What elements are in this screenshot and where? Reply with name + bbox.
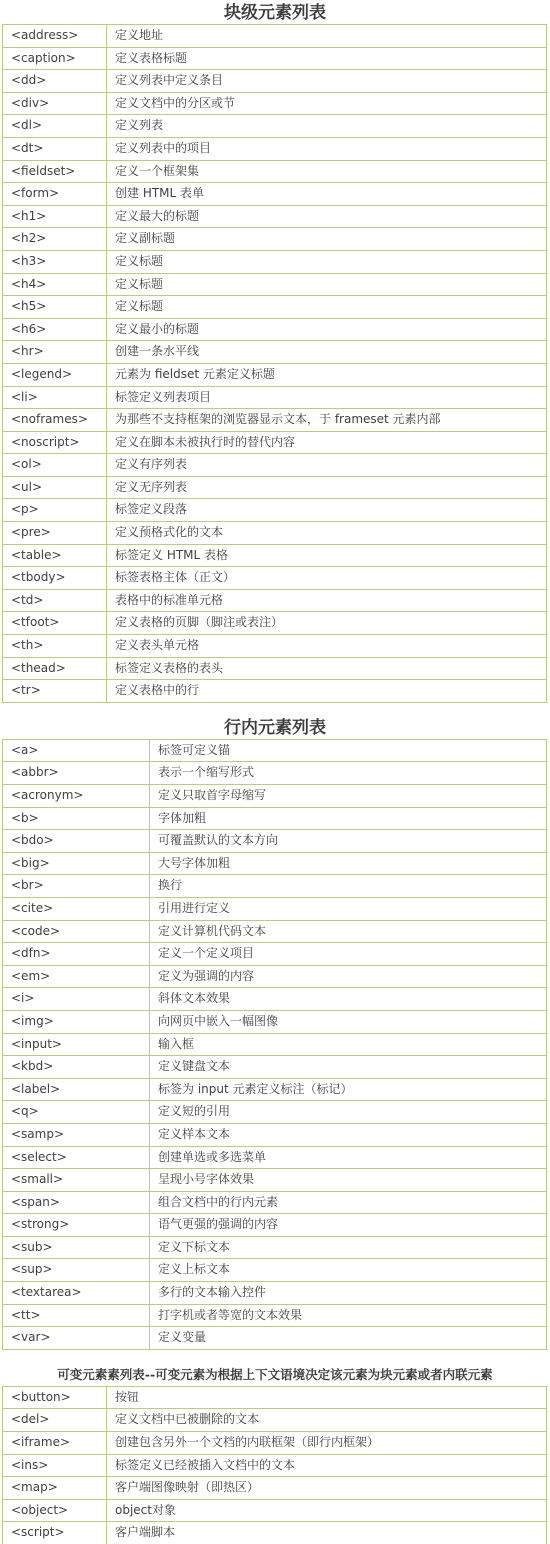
tag-description-cell: 定义文档中已被删除的文本: [107, 1409, 547, 1432]
table-row: <legend>元素为 fieldset 元素定义标题: [3, 363, 547, 386]
tag-description-cell: 客户端脚本: [107, 1522, 547, 1544]
tag-description-cell: 定义最大的标题: [107, 205, 547, 228]
table-row: <ins>标签定义已经被插入文档中的文本: [3, 1454, 547, 1477]
tag-name-cell: <small>: [3, 1169, 150, 1192]
tag-name-cell: <table>: [3, 544, 107, 567]
element-table: <a>标签可定义锚<abbr>表示一个缩写形式<acronym>定义只取首字母缩…: [2, 739, 547, 1350]
table-row: <th>定义表头单元格: [3, 635, 547, 658]
tag-name-cell: <tr>: [3, 680, 107, 703]
tag-name-cell: <tfoot>: [3, 612, 107, 635]
tag-name-cell: <pre>: [3, 522, 107, 545]
tag-name-cell: <var>: [3, 1327, 150, 1350]
element-table: <address>定义地址<caption>定义表格标题<dd>定义列表中定义条…: [2, 24, 547, 703]
table-row: <td>表格中的标准单元格: [3, 589, 547, 612]
tag-description-cell: 标签表格主体（正文）: [107, 567, 547, 590]
tag-description-cell: 标签为 input 元素定义标注（标记）: [150, 1078, 547, 1101]
table-row: <pre>定义预格式化的文本: [3, 522, 547, 545]
table-row: <label>标签为 input 元素定义标注（标记）: [3, 1078, 547, 1101]
table-row: <bdo>可覆盖默认的文本方向: [3, 830, 547, 853]
table-row: <b>字体加粗: [3, 807, 547, 830]
tag-name-cell: <legend>: [3, 363, 107, 386]
tag-name-cell: <h4>: [3, 273, 107, 296]
table-row: <noframes>为那些不支持框架的浏览器显示文本，于 frameset 元素…: [3, 409, 547, 432]
tag-name-cell: <kbd>: [3, 1056, 150, 1079]
tag-description-cell: 定义键盘文本: [150, 1056, 547, 1079]
tag-name-cell: <tt>: [3, 1304, 150, 1327]
table-row: <ol>定义有序列表: [3, 454, 547, 477]
tag-name-cell: <div>: [3, 92, 107, 115]
table-row: <span>组合文档中的行内元素: [3, 1191, 547, 1214]
tag-description-cell: 创建一条水平线: [107, 341, 547, 364]
tag-name-cell: <cite>: [3, 897, 150, 920]
table-row: <table>标签定义 HTML 表格: [3, 544, 547, 567]
tag-description-cell: 表格中的标准单元格: [107, 589, 547, 612]
table-row: <select>创建单选或多选菜单: [3, 1146, 547, 1169]
tag-description-cell: 创建 HTML 表单: [107, 183, 547, 206]
table-row: <object>object对象: [3, 1499, 547, 1522]
tag-description-cell: 定义表头单元格: [107, 635, 547, 658]
tag-description-cell: 打字机或者等宽的文本效果: [150, 1304, 547, 1327]
table-row: <li>标签定义列表项目: [3, 386, 547, 409]
tag-description-cell: 定义在脚本未被执行时的替代内容: [107, 431, 547, 454]
table-row: <tt>打字机或者等宽的文本效果: [3, 1304, 547, 1327]
tag-name-cell: <b>: [3, 807, 150, 830]
tag-description-cell: 换行: [150, 875, 547, 898]
tag-description-cell: 定义只取首字母缩写: [150, 785, 547, 808]
tag-description-cell: 标签定义 HTML 表格: [107, 544, 547, 567]
tag-name-cell: <hr>: [3, 341, 107, 364]
table-row: <input>输入框: [3, 1033, 547, 1056]
tag-description-cell: 输入框: [150, 1033, 547, 1056]
tag-name-cell: <th>: [3, 635, 107, 658]
tag-description-cell: 定义最小的标题: [107, 318, 547, 341]
tag-name-cell: <sup>: [3, 1259, 150, 1282]
table-row: <q>定义短的引用: [3, 1101, 547, 1124]
element-reference-document: 块级元素列表<address>定义地址<caption>定义表格标题<dd>定义…: [0, 4, 550, 1544]
table-row: <tr>定义表格中的行: [3, 680, 547, 703]
table-row: <br>换行: [3, 875, 547, 898]
table-title: 块级元素列表: [0, 4, 550, 22]
table-row: <hr>创建一条水平线: [3, 341, 547, 364]
table-row: <h5>定义标题: [3, 296, 547, 319]
tag-description-cell: 定义地址: [107, 25, 547, 48]
tag-name-cell: <td>: [3, 589, 107, 612]
tag-name-cell: <p>: [3, 499, 107, 522]
tag-name-cell: <q>: [3, 1101, 150, 1124]
tag-name-cell: <h2>: [3, 228, 107, 251]
table-row: <dd>定义列表中定义条目: [3, 70, 547, 93]
tag-name-cell: <thead>: [3, 657, 107, 680]
table-row: <thead>标签定义表格的表头: [3, 657, 547, 680]
tag-description-cell: 创建包含另外一个文档的内联框架（即行内框架）: [107, 1432, 547, 1455]
table-row: <strong>语气更强的强调的内容: [3, 1214, 547, 1237]
tag-name-cell: <script>: [3, 1522, 107, 1544]
table-row: <tfoot>定义表格的页脚（脚注或表注）: [3, 612, 547, 635]
tag-description-cell: 标签可定义锚: [150, 739, 547, 762]
tag-description-cell: 定义标题: [107, 273, 547, 296]
tag-description-cell: 定义列表: [107, 115, 547, 138]
tag-name-cell: <h3>: [3, 250, 107, 273]
tag-name-cell: <bdo>: [3, 830, 150, 853]
table-row: <a>标签可定义锚: [3, 739, 547, 762]
table-row: <div>定义文档中的分区或节: [3, 92, 547, 115]
tag-name-cell: <em>: [3, 965, 150, 988]
tag-name-cell: <caption>: [3, 47, 107, 70]
table-row: <h4>定义标题: [3, 273, 547, 296]
tag-description-cell: 定义变量: [150, 1327, 547, 1350]
table-row: <em>定义为强调的内容: [3, 965, 547, 988]
tag-description-cell: 元素为 fieldset 元素定义标题: [107, 363, 547, 386]
tag-name-cell: <ul>: [3, 476, 107, 499]
tag-name-cell: <select>: [3, 1146, 150, 1169]
tag-name-cell: <big>: [3, 852, 150, 875]
table-row: <h6>定义最小的标题: [3, 318, 547, 341]
tag-name-cell: <dl>: [3, 115, 107, 138]
table-row: <map>客户端图像映射（即热区）: [3, 1477, 547, 1500]
table-row: <button>按钮: [3, 1386, 547, 1409]
tag-name-cell: <h1>: [3, 205, 107, 228]
tag-name-cell: <form>: [3, 183, 107, 206]
table-row: <del>定义文档中已被删除的文本: [3, 1409, 547, 1432]
tag-description-cell: 多行的文本输入控件: [150, 1282, 547, 1305]
table-row: <dl>定义列表: [3, 115, 547, 138]
tag-description-cell: 定义一个框架集: [107, 160, 547, 183]
tag-name-cell: <span>: [3, 1191, 150, 1214]
tag-description-cell: 按钮: [107, 1386, 547, 1409]
table-row: <i>斜体文本效果: [3, 988, 547, 1011]
tag-name-cell: <input>: [3, 1033, 150, 1056]
tag-name-cell: <noscript>: [3, 431, 107, 454]
table-row: <img>向网页中嵌入一幅图像: [3, 1010, 547, 1033]
tag-description-cell: 定义列表中的项目: [107, 137, 547, 160]
table-row: <abbr>表示一个缩写形式: [3, 762, 547, 785]
tag-description-cell: 定义表格标题: [107, 47, 547, 70]
tag-description-cell: 定义一个定义项目: [150, 943, 547, 966]
tag-description-cell: 为那些不支持框架的浏览器显示文本，于 frameset 元素内部: [107, 409, 547, 432]
tag-name-cell: <textarea>: [3, 1282, 150, 1305]
tag-description-cell: 定义标题: [107, 296, 547, 319]
table-row: <big>大号字体加粗: [3, 852, 547, 875]
tag-description-cell: 定义预格式化的文本: [107, 522, 547, 545]
tag-description-cell: 标签定义段落: [107, 499, 547, 522]
tag-name-cell: <strong>: [3, 1214, 150, 1237]
tag-name-cell: <label>: [3, 1078, 150, 1101]
table-row: <dfn>定义一个定义项目: [3, 943, 547, 966]
tag-name-cell: <code>: [3, 920, 150, 943]
tag-description-cell: 定义上标文本: [150, 1259, 547, 1282]
table-row: <code>定义计算机代码文本: [3, 920, 547, 943]
table-row: <cite>引用进行定义: [3, 897, 547, 920]
tag-description-cell: 定义为强调的内容: [150, 965, 547, 988]
table-row: <ul>定义无序列表: [3, 476, 547, 499]
tag-name-cell: <fieldset>: [3, 160, 107, 183]
tag-description-cell: 定义无序列表: [107, 476, 547, 499]
tag-description-cell: 定义标题: [107, 250, 547, 273]
table-row: <small>呈现小号字体效果: [3, 1169, 547, 1192]
element-table-section: 可变元素素列表--可变元素为根据上下文语境决定该元素为块元素或者内联元素<but…: [0, 1367, 550, 1544]
table-row: <samp>定义样本文本: [3, 1123, 547, 1146]
table-row: <address>定义地址: [3, 25, 547, 48]
tag-description-cell: 定义下标文本: [150, 1236, 547, 1259]
tag-name-cell: <a>: [3, 739, 150, 762]
tag-description-cell: 定义列表中定义条目: [107, 70, 547, 93]
table-row: <noscript>定义在脚本未被执行时的替代内容: [3, 431, 547, 454]
element-table: <button>按钮<del>定义文档中已被删除的文本<iframe>创建包含另…: [2, 1386, 547, 1544]
tag-description-cell: 向网页中嵌入一幅图像: [150, 1010, 547, 1033]
tag-description-cell: 定义表格中的行: [107, 680, 547, 703]
table-row: <sub>定义下标文本: [3, 1236, 547, 1259]
tag-name-cell: <del>: [3, 1409, 107, 1432]
tag-name-cell: <button>: [3, 1386, 107, 1409]
tag-name-cell: <br>: [3, 875, 150, 898]
tag-description-cell: 定义有序列表: [107, 454, 547, 477]
table-row: <h1>定义最大的标题: [3, 205, 547, 228]
tag-description-cell: 定义计算机代码文本: [150, 920, 547, 943]
tag-name-cell: <ol>: [3, 454, 107, 477]
tag-name-cell: <dfn>: [3, 943, 150, 966]
tag-description-cell: object对象: [107, 1499, 547, 1522]
tag-name-cell: <li>: [3, 386, 107, 409]
table-row: <kbd>定义键盘文本: [3, 1056, 547, 1079]
tag-name-cell: <h6>: [3, 318, 107, 341]
tag-name-cell: <noframes>: [3, 409, 107, 432]
tag-description-cell: 创建单选或多选菜单: [150, 1146, 547, 1169]
tag-description-cell: 引用进行定义: [150, 897, 547, 920]
tag-name-cell: <tbody>: [3, 567, 107, 590]
tag-description-cell: 斜体文本效果: [150, 988, 547, 1011]
tag-description-cell: 定义样本文本: [150, 1123, 547, 1146]
table-title: 可变元素素列表--可变元素为根据上下文语境决定该元素为块元素或者内联元素: [0, 1367, 550, 1383]
tag-description-cell: 字体加粗: [150, 807, 547, 830]
tag-name-cell: <acronym>: [3, 785, 150, 808]
table-row: <textarea>多行的文本输入控件: [3, 1282, 547, 1305]
tag-name-cell: <samp>: [3, 1123, 150, 1146]
tag-description-cell: 标签定义已经被插入文档中的文本: [107, 1454, 547, 1477]
tag-name-cell: <iframe>: [3, 1432, 107, 1455]
tag-name-cell: <ins>: [3, 1454, 107, 1477]
element-table-section: 块级元素列表<address>定义地址<caption>定义表格标题<dd>定义…: [0, 4, 550, 703]
tag-description-cell: 大号字体加粗: [150, 852, 547, 875]
table-row: <p>标签定义段落: [3, 499, 547, 522]
table-row: <h2>定义副标题: [3, 228, 547, 251]
tag-description-cell: 定义表格的页脚（脚注或表注）: [107, 612, 547, 635]
tag-description-cell: 定义文档中的分区或节: [107, 92, 547, 115]
tag-description-cell: 标签定义列表项目: [107, 386, 547, 409]
table-row: <h3>定义标题: [3, 250, 547, 273]
table-row: <tbody>标签表格主体（正文）: [3, 567, 547, 590]
tag-description-cell: 客户端图像映射（即热区）: [107, 1477, 547, 1500]
element-table-section: 行内元素列表<a>标签可定义锚<abbr>表示一个缩写形式<acronym>定义…: [0, 719, 550, 1350]
tag-description-cell: 表示一个缩写形式: [150, 762, 547, 785]
tag-name-cell: <img>: [3, 1010, 150, 1033]
table-row: <sup>定义上标文本: [3, 1259, 547, 1282]
table-row: <dt>定义列表中的项目: [3, 137, 547, 160]
tag-description-cell: 可覆盖默认的文本方向: [150, 830, 547, 853]
tag-description-cell: 定义短的引用: [150, 1101, 547, 1124]
tag-description-cell: 标签定义表格的表头: [107, 657, 547, 680]
tag-name-cell: <dt>: [3, 137, 107, 160]
table-row: <acronym>定义只取首字母缩写: [3, 785, 547, 808]
table-row: <script>客户端脚本: [3, 1522, 547, 1544]
table-row: <caption>定义表格标题: [3, 47, 547, 70]
tag-description-cell: 呈现小号字体效果: [150, 1169, 547, 1192]
tag-description-cell: 组合文档中的行内元素: [150, 1191, 547, 1214]
table-row: <form>创建 HTML 表单: [3, 183, 547, 206]
tag-name-cell: <i>: [3, 988, 150, 1011]
tag-name-cell: <h5>: [3, 296, 107, 319]
tag-description-cell: 语气更强的强调的内容: [150, 1214, 547, 1237]
tag-name-cell: <map>: [3, 1477, 107, 1500]
tag-name-cell: <address>: [3, 25, 107, 48]
tag-name-cell: <object>: [3, 1499, 107, 1522]
tag-name-cell: <dd>: [3, 70, 107, 93]
table-row: <iframe>创建包含另外一个文档的内联框架（即行内框架）: [3, 1432, 547, 1455]
table-row: <var>定义变量: [3, 1327, 547, 1350]
tag-description-cell: 定义副标题: [107, 228, 547, 251]
tag-name-cell: <abbr>: [3, 762, 150, 785]
table-title: 行内元素列表: [0, 719, 550, 737]
tag-name-cell: <sub>: [3, 1236, 150, 1259]
table-row: <fieldset>定义一个框架集: [3, 160, 547, 183]
